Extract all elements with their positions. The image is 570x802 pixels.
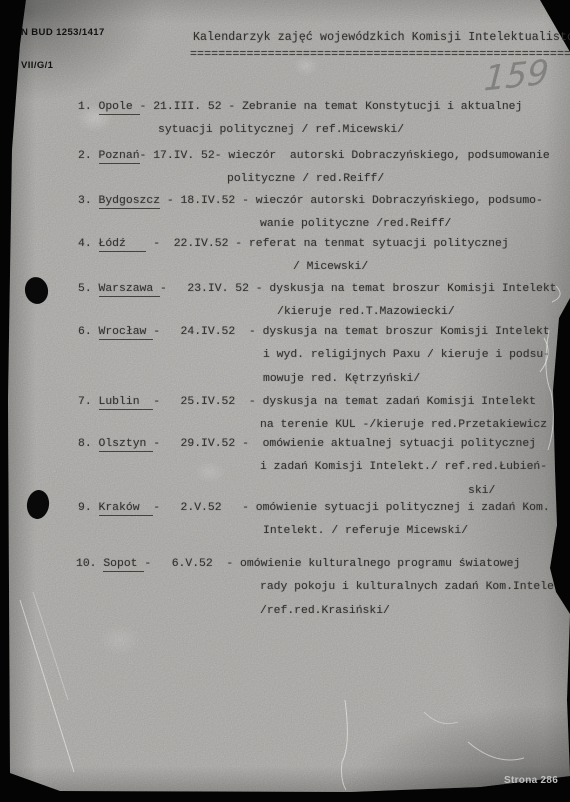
item-number: 10.: [76, 558, 103, 570]
item-text: - 29.IV.52 - omówienie aktualnej sytuacj…: [153, 438, 536, 450]
schedule-item: 1. Opole - 21.III. 52 - Zebranie na tema…: [78, 96, 522, 143]
item-line: 3. Bydgoszcz - 18.IV.52 - wieczór autors…: [78, 190, 543, 213]
item-line: 2. Poznań- 17.IV. 52- wieczór autorski D…: [78, 145, 550, 168]
schedule-item: 9. Kraków - 2.V.52 - omówienie sytuacji …: [78, 497, 550, 544]
item-city: Olsztyn: [99, 438, 154, 452]
item-number: 6.: [78, 326, 99, 338]
item-line: 5. Warszawa - 23.IV. 52 - dyskusja na te…: [78, 278, 557, 301]
item-line: 7. Lublin - 25.IV.52 - dyskusja na temat…: [78, 391, 547, 414]
item-city: Kraków: [99, 502, 154, 516]
item-city: Lublin: [99, 396, 154, 410]
item-line: i wyd. religijnych Paxu / kieruje i pods…: [263, 344, 550, 367]
document-title: Kalendarzyk zajęć wojewódzkich Komisji I…: [193, 31, 570, 44]
item-city: Poznań: [99, 150, 140, 164]
item-text: - 21.III. 52 - Zebranie na temat Konstyt…: [140, 101, 523, 113]
schedule-item: 3. Bydgoszcz - 18.IV.52 - wieczór autors…: [78, 190, 543, 237]
schedule-item: 5. Warszawa - 23.IV. 52 - dyskusja na te…: [78, 278, 557, 325]
item-text: - 23.IV. 52 - dyskusja na temat broszur …: [160, 283, 556, 295]
item-line: sytuacji politycznej / ref.Micewski/: [158, 119, 522, 142]
item-number: 9.: [78, 502, 99, 514]
item-line: polityczne / red.Reiff/: [227, 168, 550, 191]
schedule-item: 6. Wrocław - 24.IV.52 - dyskusja na tema…: [78, 321, 550, 391]
item-city: Opole: [99, 101, 140, 115]
stamp-line1: N BUD 1253/1417: [21, 27, 105, 38]
item-city: Wrocław: [99, 326, 154, 340]
item-number: 5.: [78, 283, 99, 295]
item-line: 4. Łódź - 22.IV.52 - referat na tenmat s…: [78, 233, 509, 256]
item-number: 2.: [78, 150, 99, 162]
item-line: 6. Wrocław - 24.IV.52 - dyskusja na tema…: [78, 321, 550, 344]
scanned-document-page: N BUD 1253/1417 VII/G/1 Kalendarzyk zaję…: [0, 0, 570, 802]
schedule-item: 2. Poznań- 17.IV. 52- wieczór autorski D…: [78, 145, 550, 192]
schedule-item: 7. Lublin - 25.IV.52 - dyskusja na temat…: [78, 391, 547, 438]
item-line: 1. Opole - 21.III. 52 - Zebranie na tema…: [78, 96, 522, 119]
item-line: 8. Olsztyn - 29.IV.52 - omówienie aktual…: [78, 433, 547, 456]
item-text: - 2.V.52 - omówienie sytuacji polityczne…: [153, 502, 549, 514]
item-number: 3.: [78, 195, 99, 207]
item-text: - 24.IV.52 - dyskusja na temat broszur K…: [153, 326, 549, 338]
item-number: 8.: [78, 438, 99, 450]
item-number: 4.: [78, 238, 99, 250]
schedule-item: 8. Olsztyn - 29.IV.52 - omówienie aktual…: [78, 433, 547, 503]
stamp-line2: VII/G/1: [21, 60, 105, 71]
item-city: Sopot: [103, 558, 144, 572]
item-text: - 18.IV.52 - wieczór autorski Dobraczyńs…: [160, 195, 543, 207]
item-line: Intelekt. / referuje Micewski/: [263, 520, 550, 543]
item-text: - 22.IV.52 - referat na tenmat sytuacji …: [146, 238, 508, 250]
item-line: rady pokoju i kulturalnych zadań Kom.Int…: [260, 576, 554, 599]
schedule-item: 4. Łódź - 22.IV.52 - referat na tenmat s…: [78, 233, 509, 280]
handwritten-page-number: 159: [483, 52, 550, 99]
item-line: /ref.red.Krasiński/: [260, 600, 554, 623]
item-line: 10. Sopot - 6.V.52 - omówienie kulturaln…: [76, 553, 554, 576]
item-number: 7.: [78, 396, 99, 408]
item-city: Łódź: [99, 238, 147, 252]
schedule-item: 10. Sopot - 6.V.52 - omówienie kulturaln…: [76, 553, 554, 623]
item-city: Bydgoszcz: [99, 195, 161, 209]
item-line: 9. Kraków - 2.V.52 - omówienie sytuacji …: [78, 497, 550, 520]
archive-reference-stamp: N BUD 1253/1417 VII/G/1: [21, 5, 105, 93]
item-text: - 17.IV. 52- wieczór autorski Dobraczyńs…: [140, 150, 550, 162]
item-text: - 25.IV.52 - dyskusja na temat zadań Kom…: [153, 396, 536, 408]
item-city: Warszawa: [99, 283, 161, 297]
item-text: - 6.V.52 - omówienie kulturalnego progra…: [144, 558, 520, 570]
footer-page-label: Strona 286: [504, 775, 558, 786]
item-number: 1.: [78, 101, 99, 113]
item-line: / Micewski/: [293, 256, 509, 279]
item-line: i zadań Komisji Intelekt./ ref.red.Łubie…: [260, 456, 547, 479]
item-line: mowuje red. Kętrzyński/: [263, 368, 550, 391]
